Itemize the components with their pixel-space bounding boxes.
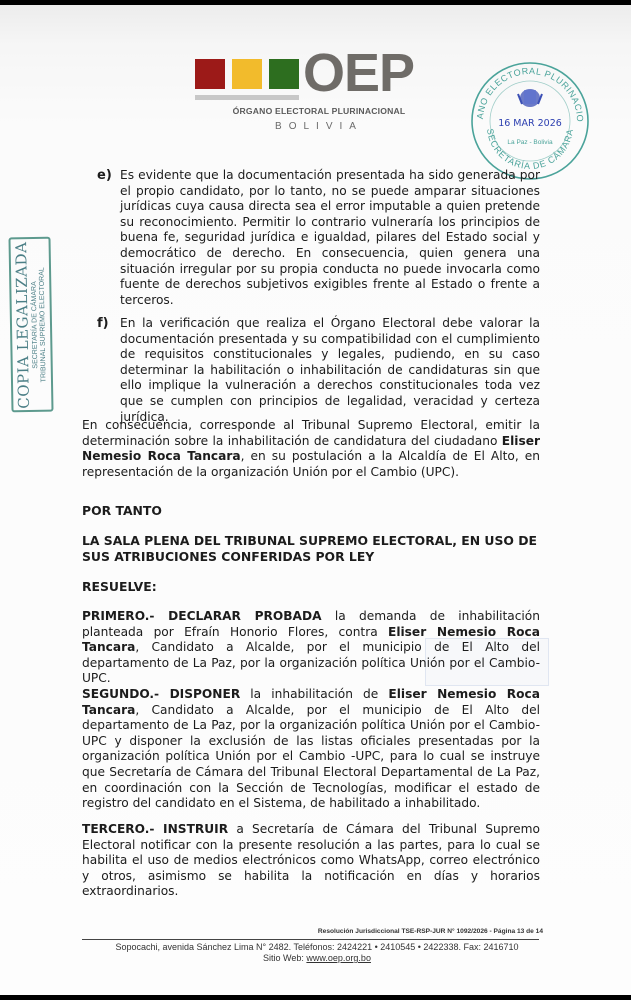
segundo-text-2: , Candidato a Alcalde, por el municipio … (82, 703, 540, 811)
resuelve-heading: RESUELVE: (82, 579, 157, 595)
resolution-reference: Resolución Jurisdiccional TSE-RSP-JUR N°… (318, 928, 543, 935)
logo-red-square (195, 59, 225, 89)
por-tanto-heading: POR TANTO (82, 503, 162, 519)
stamp-place: La Paz - Bolivia (507, 139, 553, 146)
segundo-text-1: la inhabilitación de (240, 687, 388, 701)
stamp-bottom-text: SECRETARÍA DE CÁMARA (485, 128, 575, 171)
primero-text-2: , Candidato a Alcalde, por el municipio … (82, 640, 540, 685)
website-line: Sitio Web: www.oep.org.bo (82, 953, 552, 964)
logo-green-square (269, 59, 299, 89)
logo-bar (195, 95, 299, 100)
stamp-line-2: TRIBUNAL SUPREMO ELECTORAL (38, 239, 49, 409)
item-f-label: f) (97, 316, 109, 331)
item-f-text: En la verificación que realiza el Órgano… (120, 316, 540, 425)
website-link[interactable]: www.oep.org.bo (306, 953, 371, 963)
sala-plena-heading: LA SALA PLENA DEL TRIBUNAL SUPREMO ELECT… (82, 533, 544, 565)
copia-legalizada-stamp: COPIA LEGALIZADA SECRETARÍA DE CÁMARA TR… (8, 237, 53, 413)
oep-logo: OEP ÓRGANO ELECTORAL PLURINACIONAL BOLIV… (195, 56, 435, 136)
item-e-text: Es evidente que la documentación present… (120, 168, 540, 308)
segundo-lead: SEGUNDO.- DISPONER (82, 687, 240, 701)
secretaria-camara-round-stamp: ÓRGANO ELECTORAL PLURINACIONAL SECRETARÍ… (469, 60, 591, 182)
country-name: BOLIVIA (219, 121, 419, 132)
stamp-date: 16 MAR 2026 (498, 118, 562, 129)
svg-text:SECRETARÍA DE CÁMARA: SECRETARÍA DE CÁMARA (485, 128, 575, 171)
tercero-lead: TERCERO.- INSTRUIR (82, 822, 228, 836)
document-page: OEP ÓRGANO ELECTORAL PLURINACIONAL BOLIV… (0, 5, 631, 995)
primero-lead: PRIMERO.- DECLARAR PROBADA (82, 609, 322, 623)
address-line: Sopocachi, avenida Sánchez Lima N° 2482.… (82, 942, 552, 953)
logo-wordmark: OEP (303, 42, 414, 104)
primero-paragraph: PRIMERO.- DECLARAR PROBADA la demanda de… (82, 609, 540, 687)
item-e-label: e) (97, 168, 112, 183)
stamp-title: COPIA LEGALIZADA (13, 240, 33, 410)
website-label: Sitio Web: (263, 953, 306, 963)
tercero-paragraph: TERCERO.- INSTRUIR a Secretaría de Cámar… (82, 822, 540, 900)
consequence-text-1: En consecuencia, corresponde al Tribunal… (82, 418, 540, 448)
organization-name: ÓRGANO ELECTORAL PLURINACIONAL (219, 106, 419, 116)
consequence-paragraph: En consecuencia, corresponde al Tribunal… (82, 418, 540, 480)
footer-address: Sopocachi, avenida Sánchez Lima N° 2482.… (82, 942, 552, 964)
coat-of-arms-icon (518, 89, 542, 107)
logo-yellow-square (232, 59, 262, 89)
segundo-paragraph: SEGUNDO.- DISPONER la inhabilitación de … (82, 687, 540, 812)
footer-divider (82, 939, 539, 940)
